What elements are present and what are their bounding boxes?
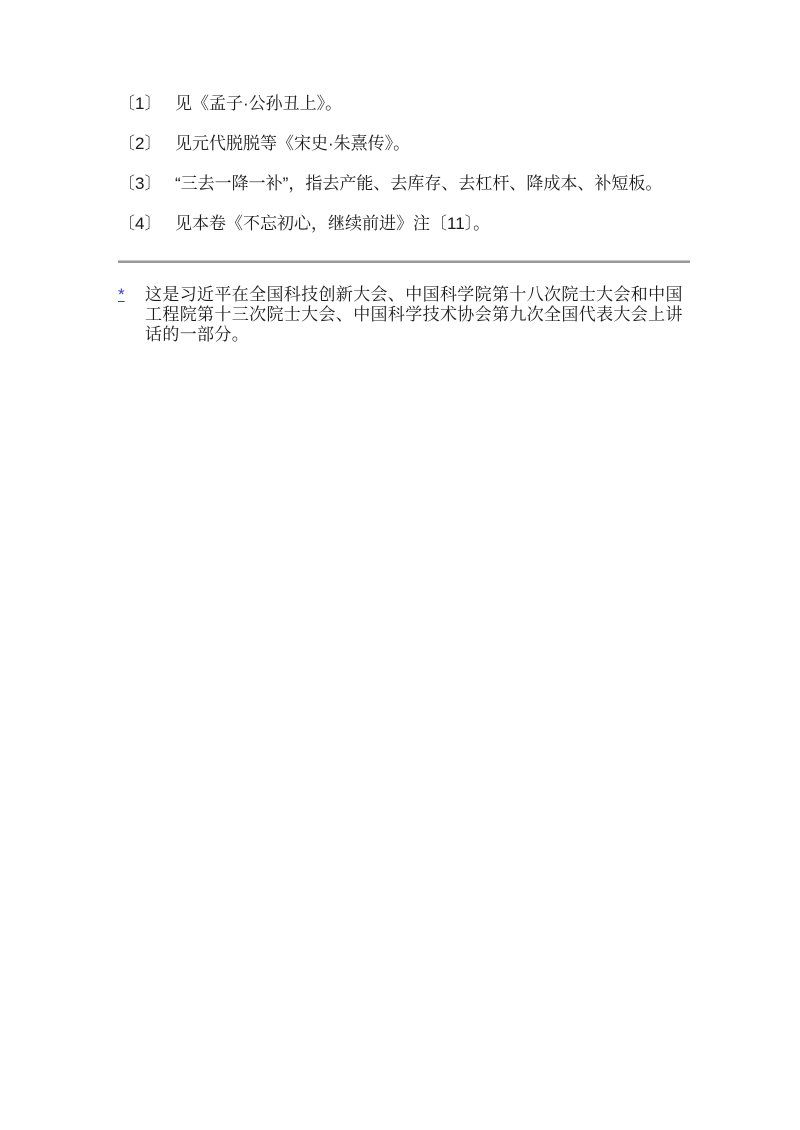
note-item: 〔3〕 “三去一降一补”，指去产能、去库存、去杠杆、降成本、补短板。	[118, 175, 693, 193]
document-page: 〔1〕 见《孟子·公孙丑上》。 〔2〕 见元代脱脱等《宋史·朱熹传》。 〔3〕 …	[0, 0, 800, 1130]
footnote-divider	[118, 260, 690, 263]
notes-section: 〔1〕 见《孟子·公孙丑上》。 〔2〕 见元代脱脱等《宋史·朱熹传》。 〔3〕 …	[118, 95, 693, 345]
note-text: 见本卷《不忘初心，继续前进》注〔11〕。	[175, 215, 693, 233]
note-label: 〔1〕	[118, 95, 175, 113]
footnote-marker-link[interactable]: *	[118, 285, 145, 305]
note-item: 〔2〕 见元代脱脱等《宋史·朱熹传》。	[118, 135, 693, 153]
note-item: 〔4〕 见本卷《不忘初心，继续前进》注〔11〕。	[118, 215, 693, 233]
note-text: 见《孟子·公孙丑上》。	[175, 95, 693, 113]
note-item: 〔1〕 见《孟子·公孙丑上》。	[118, 95, 693, 113]
note-label: 〔3〕	[118, 175, 175, 193]
footnote-text: 这是习近平在全国科技创新大会、中国科学院第十八次院士大会和中国工程院第十三次院士…	[145, 285, 690, 345]
footnote-section: * 这是习近平在全国科技创新大会、中国科学院第十八次院士大会和中国工程院第十三次…	[118, 285, 693, 345]
note-label: 〔2〕	[118, 135, 175, 153]
note-label: 〔4〕	[118, 215, 175, 233]
note-text: 见元代脱脱等《宋史·朱熹传》。	[175, 135, 693, 153]
note-text: “三去一降一补”，指去产能、去库存、去杠杆、降成本、补短板。	[175, 175, 693, 193]
